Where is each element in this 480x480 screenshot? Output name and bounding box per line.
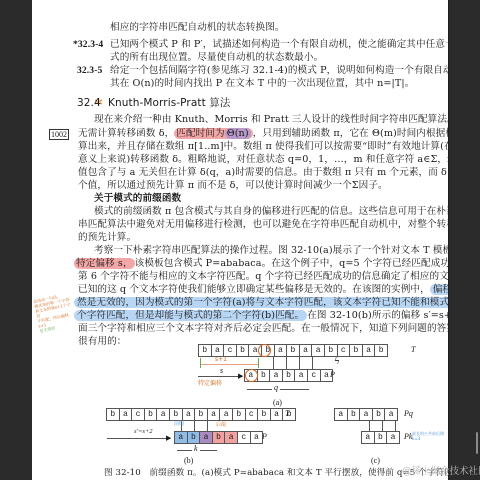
pattern-cell: a — [174, 431, 188, 444]
figure-c-pq-row: a b a b a — [335, 408, 398, 421]
margin-page-number: 1002 — [49, 129, 69, 140]
figure-b-text-row: b a c b a b a b a a b c b a b — [107, 408, 296, 421]
viewer-right-rail — [448, 0, 480, 480]
pattern-cell: b — [347, 408, 361, 421]
s-prime-arrow — [107, 438, 169, 439]
text-label: T — [285, 409, 289, 418]
handwritten-annotation: 总结成一句话， 模式串的第一个字符 和文本的第s+1个字符 不匹配，所以偏移s+… — [33, 291, 77, 333]
pattern-label: P — [330, 370, 335, 379]
pattern-cell: b — [374, 431, 388, 444]
watermark: @稀土掘金技术社区 — [402, 463, 480, 477]
subheading: 关于模式的前缀函数 — [94, 192, 181, 205]
mismatch-zigzag-icon: ϟ — [334, 356, 340, 369]
figure-caption: 图 32-10 前缀函数 π。(a)模式 P=ababaca 和文本 T 平行摆… — [104, 467, 448, 480]
highlight-purple: Θ(n) — [225, 128, 251, 139]
pattern-cell: a — [199, 431, 213, 444]
match-line — [299, 357, 300, 369]
suffix-note: 后缀 — [216, 421, 226, 428]
exercise-text: 已知两个模式 P 和 P′，试描述如何构造一个有限自动机，使之能确定其中任意一个… — [110, 38, 448, 51]
highlight-pink: 匹配时间为Θ(n) — [174, 128, 252, 139]
green-marker — [200, 358, 201, 368]
paragraph-line: 特定偏移 s，该模板包含模式 P=ababaca。在这个例子中，q=5 个字符已… — [74, 257, 448, 270]
arrow-head-icon: ▶ — [238, 370, 243, 383]
pattern-cell: c — [307, 369, 321, 382]
match-line — [312, 357, 313, 369]
text-cell: b — [374, 344, 388, 357]
pattern-cell: a — [359, 408, 373, 421]
exercise-prev-line: 相应的字符串匹配自动机的状态转换图。 — [110, 21, 285, 34]
pattern-cell: b — [212, 431, 226, 444]
prefix-note: 前缀 — [174, 422, 184, 427]
pattern-cell: a — [386, 431, 400, 444]
paragraph-line: 第 6 个字符不能与相应的文本字符匹配。q 个字符已经匹配成功的信息确定了相应的… — [78, 270, 448, 283]
pq-label: Pq — [404, 409, 413, 418]
paragraph-line: 模式的前缀函数 π 包含模式与其自身的偏移进行匹配的信息。这些信息可用于在朴素的… — [94, 205, 448, 218]
paragraph-line: 值包含了与 a 无关但在计算 δ(q，a)时需要的信息。由于数组 π 只有 m … — [78, 166, 448, 179]
section-number: 32.4 — [77, 97, 101, 110]
figure-b-caption: (b) — [184, 456, 193, 465]
scrollbar-thumb[interactable] — [476, 432, 478, 454]
exercise-number: *32.3-4 — [73, 38, 103, 51]
pk-note: 最长的公共前后缀 k=3 — [412, 431, 448, 441]
s-label: s — [220, 366, 223, 375]
highlight-blue: 然是无效的，因为模式的第一个字符(a)将与文本字符匹配，该文本字符已知不能和模式… — [74, 297, 448, 308]
highlight-blue: 偏移 s+1 必 — [430, 284, 448, 295]
text-span: 该模板包含模式 P=ababaca。在这个例子中，q=5 个字符已经匹配成功，但… — [135, 258, 448, 269]
paragraph-line: 意义上来说)转移函数 δ。粗略地说，对任意状态 q=0，1，…，m 和任意字符 … — [78, 153, 448, 166]
shift-arrow — [200, 364, 258, 365]
match-line — [286, 357, 287, 369]
highlight-blue: 个字符匹配，但是却能与模式的第二个字符(b)匹配。 — [74, 310, 307, 321]
section-title: Knuth-Morris-Pratt 算法 — [108, 97, 230, 110]
pattern-cell: a — [384, 408, 398, 421]
match-line — [273, 357, 274, 369]
text-cell: b — [236, 344, 250, 357]
text-span: 无需计算转移函数 δ， — [78, 128, 174, 139]
paragraph-line: 很有用的： — [78, 335, 126, 348]
text-cell: a — [219, 408, 233, 421]
pattern-cell: a — [334, 408, 348, 421]
arrow-head-icon: ▶ — [166, 432, 171, 445]
text-cell: b — [198, 344, 212, 357]
paragraph-line: 个字符匹配，但是却能与模式的第二个字符(b)匹配。在图 32-10(b)所示的偏… — [74, 309, 448, 322]
document-page: 相应的字符串匹配自动机的状态转换图。 *32.3-4 已知两个模式 P 和 P′… — [32, 0, 448, 480]
text-cell: b — [349, 344, 363, 357]
paragraph-line: 个值，所以通过预先计算 π 而不是 δ，可以使计算时间减少一个Σ因子。 — [78, 179, 388, 192]
text-cell: a — [270, 408, 284, 421]
text-cell: b — [144, 408, 158, 421]
paragraph-line: 面三个字符和相应三个文本字符对齐后必定会匹配。在一般情况下，知道下列问题的答案将… — [78, 322, 448, 335]
pattern-label: P — [262, 432, 267, 441]
text-cell: b — [194, 408, 208, 421]
exercise-number: 32.3-5 — [77, 64, 102, 77]
pattern-cell: b — [257, 369, 271, 382]
text-cell: a — [156, 408, 170, 421]
pattern-cell: a — [361, 431, 375, 444]
paragraph-line: 串匹配算法中避免对无用偏移进行检测，也可以避免在字符串匹配自动机中，对整个转移函… — [78, 218, 448, 231]
text-cell: a — [274, 344, 288, 357]
text-span: 在图 32-10(b)所示的偏移 s′=s+2 使模式前 — [307, 310, 448, 321]
mismatch-circle — [245, 369, 258, 382]
mismatch-circle — [258, 344, 271, 357]
paragraph-line: 然是无效的，因为模式的第一个字符(a)将与文本字符匹配，该文本字符已知不能和模式… — [74, 296, 448, 309]
paragraph-line: 现在来介绍一种由 Knuth、Morris 和 Pratt 三人设计的线性时间字… — [94, 113, 448, 126]
text-label: T — [411, 345, 415, 354]
figure-a-caption: (a) — [273, 398, 282, 407]
s-arrow — [198, 376, 242, 377]
pattern-cell: a — [294, 369, 308, 382]
pattern-cell: b — [187, 431, 201, 444]
text-cell: b — [169, 408, 183, 421]
text-span: 已知的这 q 个文本字符使我们能够立即确定某些偏移是无效的。在该图的实例中， — [78, 284, 430, 295]
paragraph-line: 的预先计算。 — [78, 231, 136, 244]
text-cell: a — [362, 344, 376, 357]
text-span: 匹配时间为 — [176, 128, 224, 139]
paragraph-line: 已知的这 q 个文本字符使我们能够立即确定某些偏移是无效的。在该图的实例中，偏移… — [78, 283, 448, 296]
paragraph-line: 考察一下朴素字符串匹配算法的操作过程。图 32-10(a)展示了一个针对文本 T… — [94, 244, 448, 257]
text-cell: c — [245, 408, 259, 421]
pattern-cell: b — [372, 408, 386, 421]
shift-label: s+1 — [215, 356, 227, 363]
green-marker — [258, 358, 259, 368]
exercise-text: 其在 O(n)的时间内找出 P 在文本 T 中的一次出现位置，其中 n=|T|。 — [110, 77, 414, 90]
highlight-pink: 特定偏移 s， — [74, 258, 135, 269]
k-label: k — [192, 444, 200, 453]
paragraph-line: 无需计算转移函数 δ，匹配时间为Θ(n)，只用到辅助函数 π，它在 Θ(m)时间… — [78, 127, 448, 140]
text-cell: a — [311, 344, 325, 357]
text-cell: b — [232, 408, 246, 421]
text-cell: a — [182, 408, 196, 421]
pattern-cell: c — [237, 431, 251, 444]
figure-b-pattern-row: a b a b a c a — [175, 431, 263, 444]
paragraph-line: 算出来，并且存储在数组 π[1..m]中。数组 π 使得我们可以按需要“即时”有… — [78, 140, 448, 153]
text-cell: c — [131, 408, 145, 421]
text-span: ，只用到辅助函数 π，它在 Θ(m)时间内根据模式预先计 — [253, 128, 448, 139]
text-cell: a — [119, 408, 133, 421]
s-note: 特定偏移 — [198, 378, 222, 387]
pattern-cell: a — [224, 431, 238, 444]
text-cell: a — [299, 344, 313, 357]
figure-c-caption: (c) — [371, 456, 380, 465]
exercise-text: 给定一个包括间隔字符(参见练习 32.1-4)的模式 P，说明如何构造一个有限自… — [110, 64, 448, 77]
s-prime-label: s′=s+2 — [134, 428, 153, 435]
text-cell: b — [257, 408, 271, 421]
text-cell: a — [207, 408, 221, 421]
pattern-cell: b — [282, 369, 296, 382]
exercise-text: 式的所有出现位置。尽量使自动机的状态数最小。 — [110, 51, 323, 64]
text-cell: b — [286, 344, 300, 357]
figure-a-pattern-row: a b a b a c a — [245, 369, 333, 382]
q-label: q — [272, 383, 280, 392]
figure-c-pk-row: a b a — [362, 431, 400, 444]
figure-a-text-row: b a c b a b a b a a b c b a b — [199, 344, 388, 357]
pattern-cell: a — [269, 369, 283, 382]
text-cell: b — [106, 408, 120, 421]
